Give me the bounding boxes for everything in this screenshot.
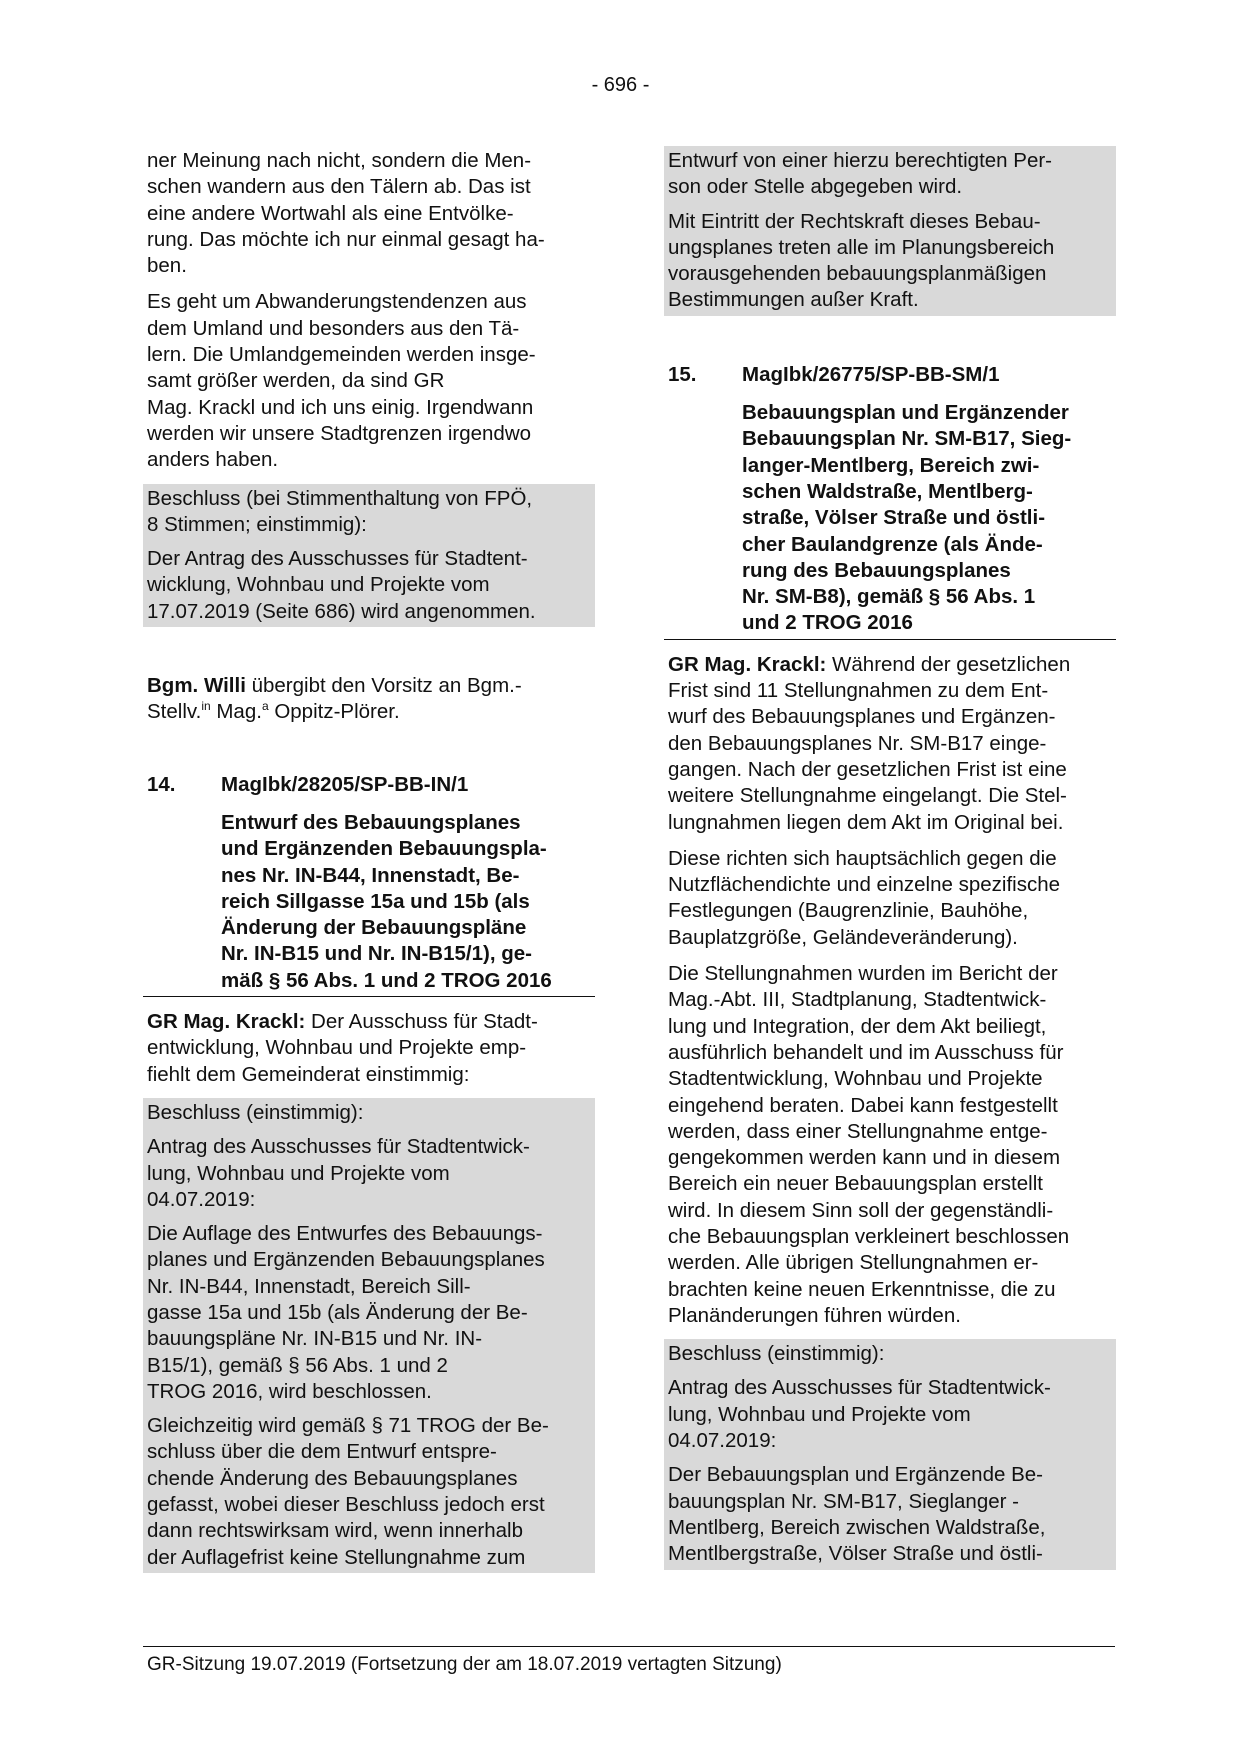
agenda-item-title: Bebauungsplan und Ergänzender Bebauungsp… [742, 400, 1116, 637]
paragraph-report: Die Stellungnahmen wurden im Bericht der… [664, 961, 1116, 1329]
right-column: Entwurf von einer hierzu berechtigten Pe… [664, 146, 1116, 1580]
speaker-name: GR Mag. Krackl: [668, 653, 826, 676]
decision-block-item14-continued: Entwurf von einer hierzu berechtigten Pe… [664, 146, 1116, 316]
decision-block-item15: Beschluss (einstimmig): Antrag des Aussc… [664, 1339, 1116, 1569]
speech-krackl-item15: GR Mag. Krackl: Während der gesetzlichen… [664, 652, 1116, 836]
speaker-name: Bgm. Willi [147, 674, 246, 697]
decision-text: Die Auflage des Entwurfes des Bebauungs-… [143, 1221, 595, 1405]
agenda-item-title: Entwurf des Bebauungsplanes und Ergänzen… [221, 810, 595, 994]
paragraph-objections: Diese richten sich hauptsächlich gegen d… [664, 846, 1116, 951]
decision-text: Der Antrag des Ausschusses für Stadtent-… [143, 546, 595, 625]
decision-title: Beschluss (einstimmig): [664, 1341, 1116, 1367]
agenda-item-15-heading: 15. MagIbk/26775/SP-BB-SM/1 Bebauungspla… [664, 362, 1116, 637]
decision-motion: Antrag des Ausschusses für Stadtentwick-… [143, 1134, 595, 1213]
page-number: - 696 - [0, 72, 1241, 98]
decision-title: Beschluss (einstimmig): [143, 1100, 595, 1126]
section-divider [664, 639, 1116, 640]
speaker-name: GR Mag. Krackl: [147, 1010, 305, 1033]
decision-title: Beschluss (bei Stimmenthaltung von FPÖ, … [143, 486, 595, 539]
decision-block-item14: Beschluss (einstimmig): Antrag des Aussc… [143, 1098, 595, 1573]
decision-text-continued: Gleichzeitig wird gemäß § 71 TROG der Be… [143, 1413, 595, 1571]
agenda-item-reference: MagIbk/26775/SP-BB-SM/1 [742, 362, 1116, 388]
footer-session-info: GR-Sitzung 19.07.2019 (Fortsetzung der a… [147, 1652, 782, 1678]
footer-divider [143, 1646, 1115, 1647]
decision-legal-effect: Mit Eintritt der Rechtskraft dieses Beba… [664, 209, 1116, 314]
decision-block-item13: Beschluss (bei Stimmenthaltung von FPÖ, … [143, 484, 595, 627]
decision-text: Der Bebauungsplan und Ergänzende Be- bau… [664, 1462, 1116, 1567]
decision-motion: Antrag des Ausschusses für Stadtentwick-… [664, 1375, 1116, 1454]
paragraph-outmigration-trends: Es geht um Abwanderungstendenzen aus dem… [143, 289, 595, 473]
speech-krackl-item14: GR Mag. Krackl: Der Ausschuss für Stadt-… [143, 1009, 595, 1088]
agenda-item-reference: MagIbk/28205/SP-BB-IN/1 [221, 772, 595, 798]
section-divider [143, 996, 595, 997]
decision-text-continued: Entwurf von einer hierzu berechtigten Pe… [664, 148, 1116, 201]
agenda-item-14-heading: 14. MagIbk/28205/SP-BB-IN/1 Entwurf des … [143, 772, 595, 994]
agenda-item-number: 14. [147, 772, 176, 798]
agenda-item-number: 15. [668, 362, 697, 388]
chair-transfer-note: Bgm. Willi übergibt den Vorsitz an Bgm.-… [143, 673, 595, 726]
left-column: ner Meinung nach nicht, sondern die Men-… [143, 148, 595, 1583]
paragraph-outmigration-wording: ner Meinung nach nicht, sondern die Men-… [143, 148, 595, 279]
